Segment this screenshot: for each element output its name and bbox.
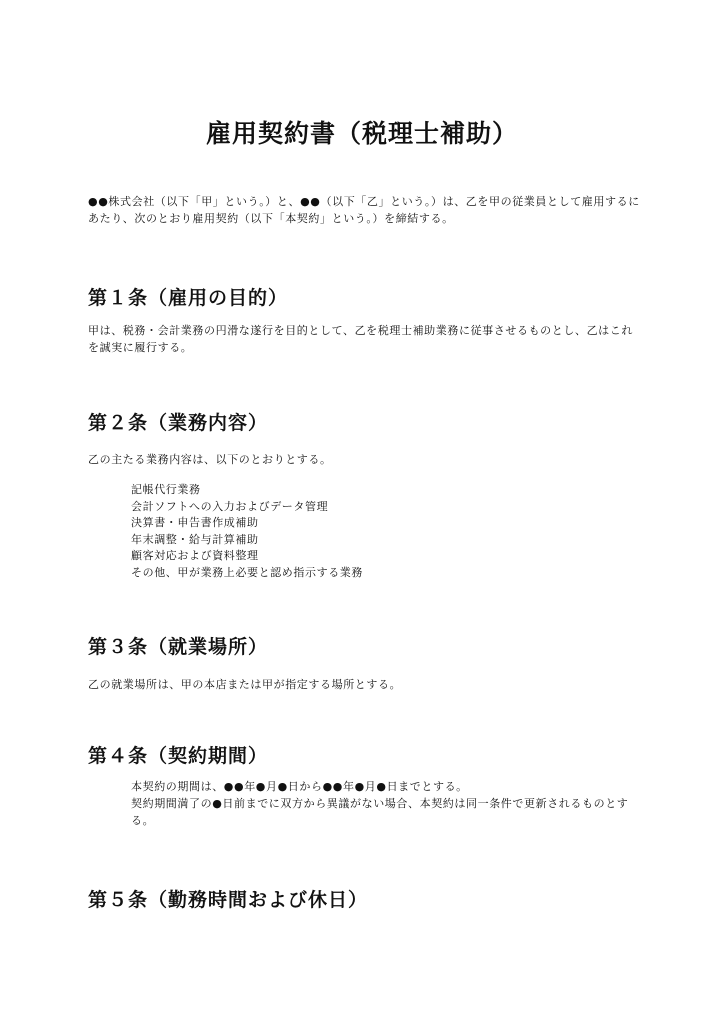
article-3-heading: 第３条（就業場所）: [88, 633, 268, 661]
article-4-body: 本契約の期間は、●●年●月●日から●●年●月●日までとする。 契約期間満了の●日…: [131, 778, 641, 829]
list-item: 年末調整・給与計算補助: [131, 532, 363, 549]
article-2-body: 乙の主たる業務内容は、以下のとおりとする。: [88, 451, 644, 468]
article-4-paragraph: 本契約の期間は、●●年●月●日から●●年●月●日までとする。: [131, 778, 641, 795]
document-page: 雇用契約書（税理士補助） ●●株式会社（以下「甲」という。）と、●●（以下「乙」…: [0, 0, 724, 1024]
article-4-paragraph: 契約期間満了の●日前までに双方から異議がない場合、本契約は同一条件で更新されるも…: [131, 795, 641, 829]
article-4-heading: 第４条（契約期間）: [88, 742, 268, 770]
list-item: 決算書・申告書作成補助: [131, 515, 363, 532]
article-1-heading: 第１条（雇用の目的）: [88, 284, 288, 312]
list-item: 顧客対応および資料整理: [131, 548, 363, 565]
article-1-body: 甲は、税務・会計業務の円滑な遂行を目的として、乙を税理士補助業務に従事させるもの…: [88, 322, 644, 356]
article-5-heading: 第５条（勤務時間および休日）: [88, 886, 368, 914]
article-2-heading: 第２条（業務内容）: [88, 409, 268, 437]
article-3-body: 乙の就業場所は、甲の本店または甲が指定する場所とする。: [88, 676, 644, 693]
document-title: 雇用契約書（税理士補助）: [0, 114, 724, 154]
list-item: その他、甲が業務上必要と認め指示する業務: [131, 565, 363, 582]
article-2-duty-list: 記帳代行業務 会計ソフトへの入力およびデータ管理 決算書・申告書作成補助 年末調…: [131, 482, 363, 582]
list-item: 記帳代行業務: [131, 482, 363, 499]
list-item: 会計ソフトへの入力およびデータ管理: [131, 499, 363, 516]
preamble-paragraph: ●●株式会社（以下「甲」という。）と、●●（以下「乙」という。）は、乙を甲の従業…: [88, 193, 644, 227]
